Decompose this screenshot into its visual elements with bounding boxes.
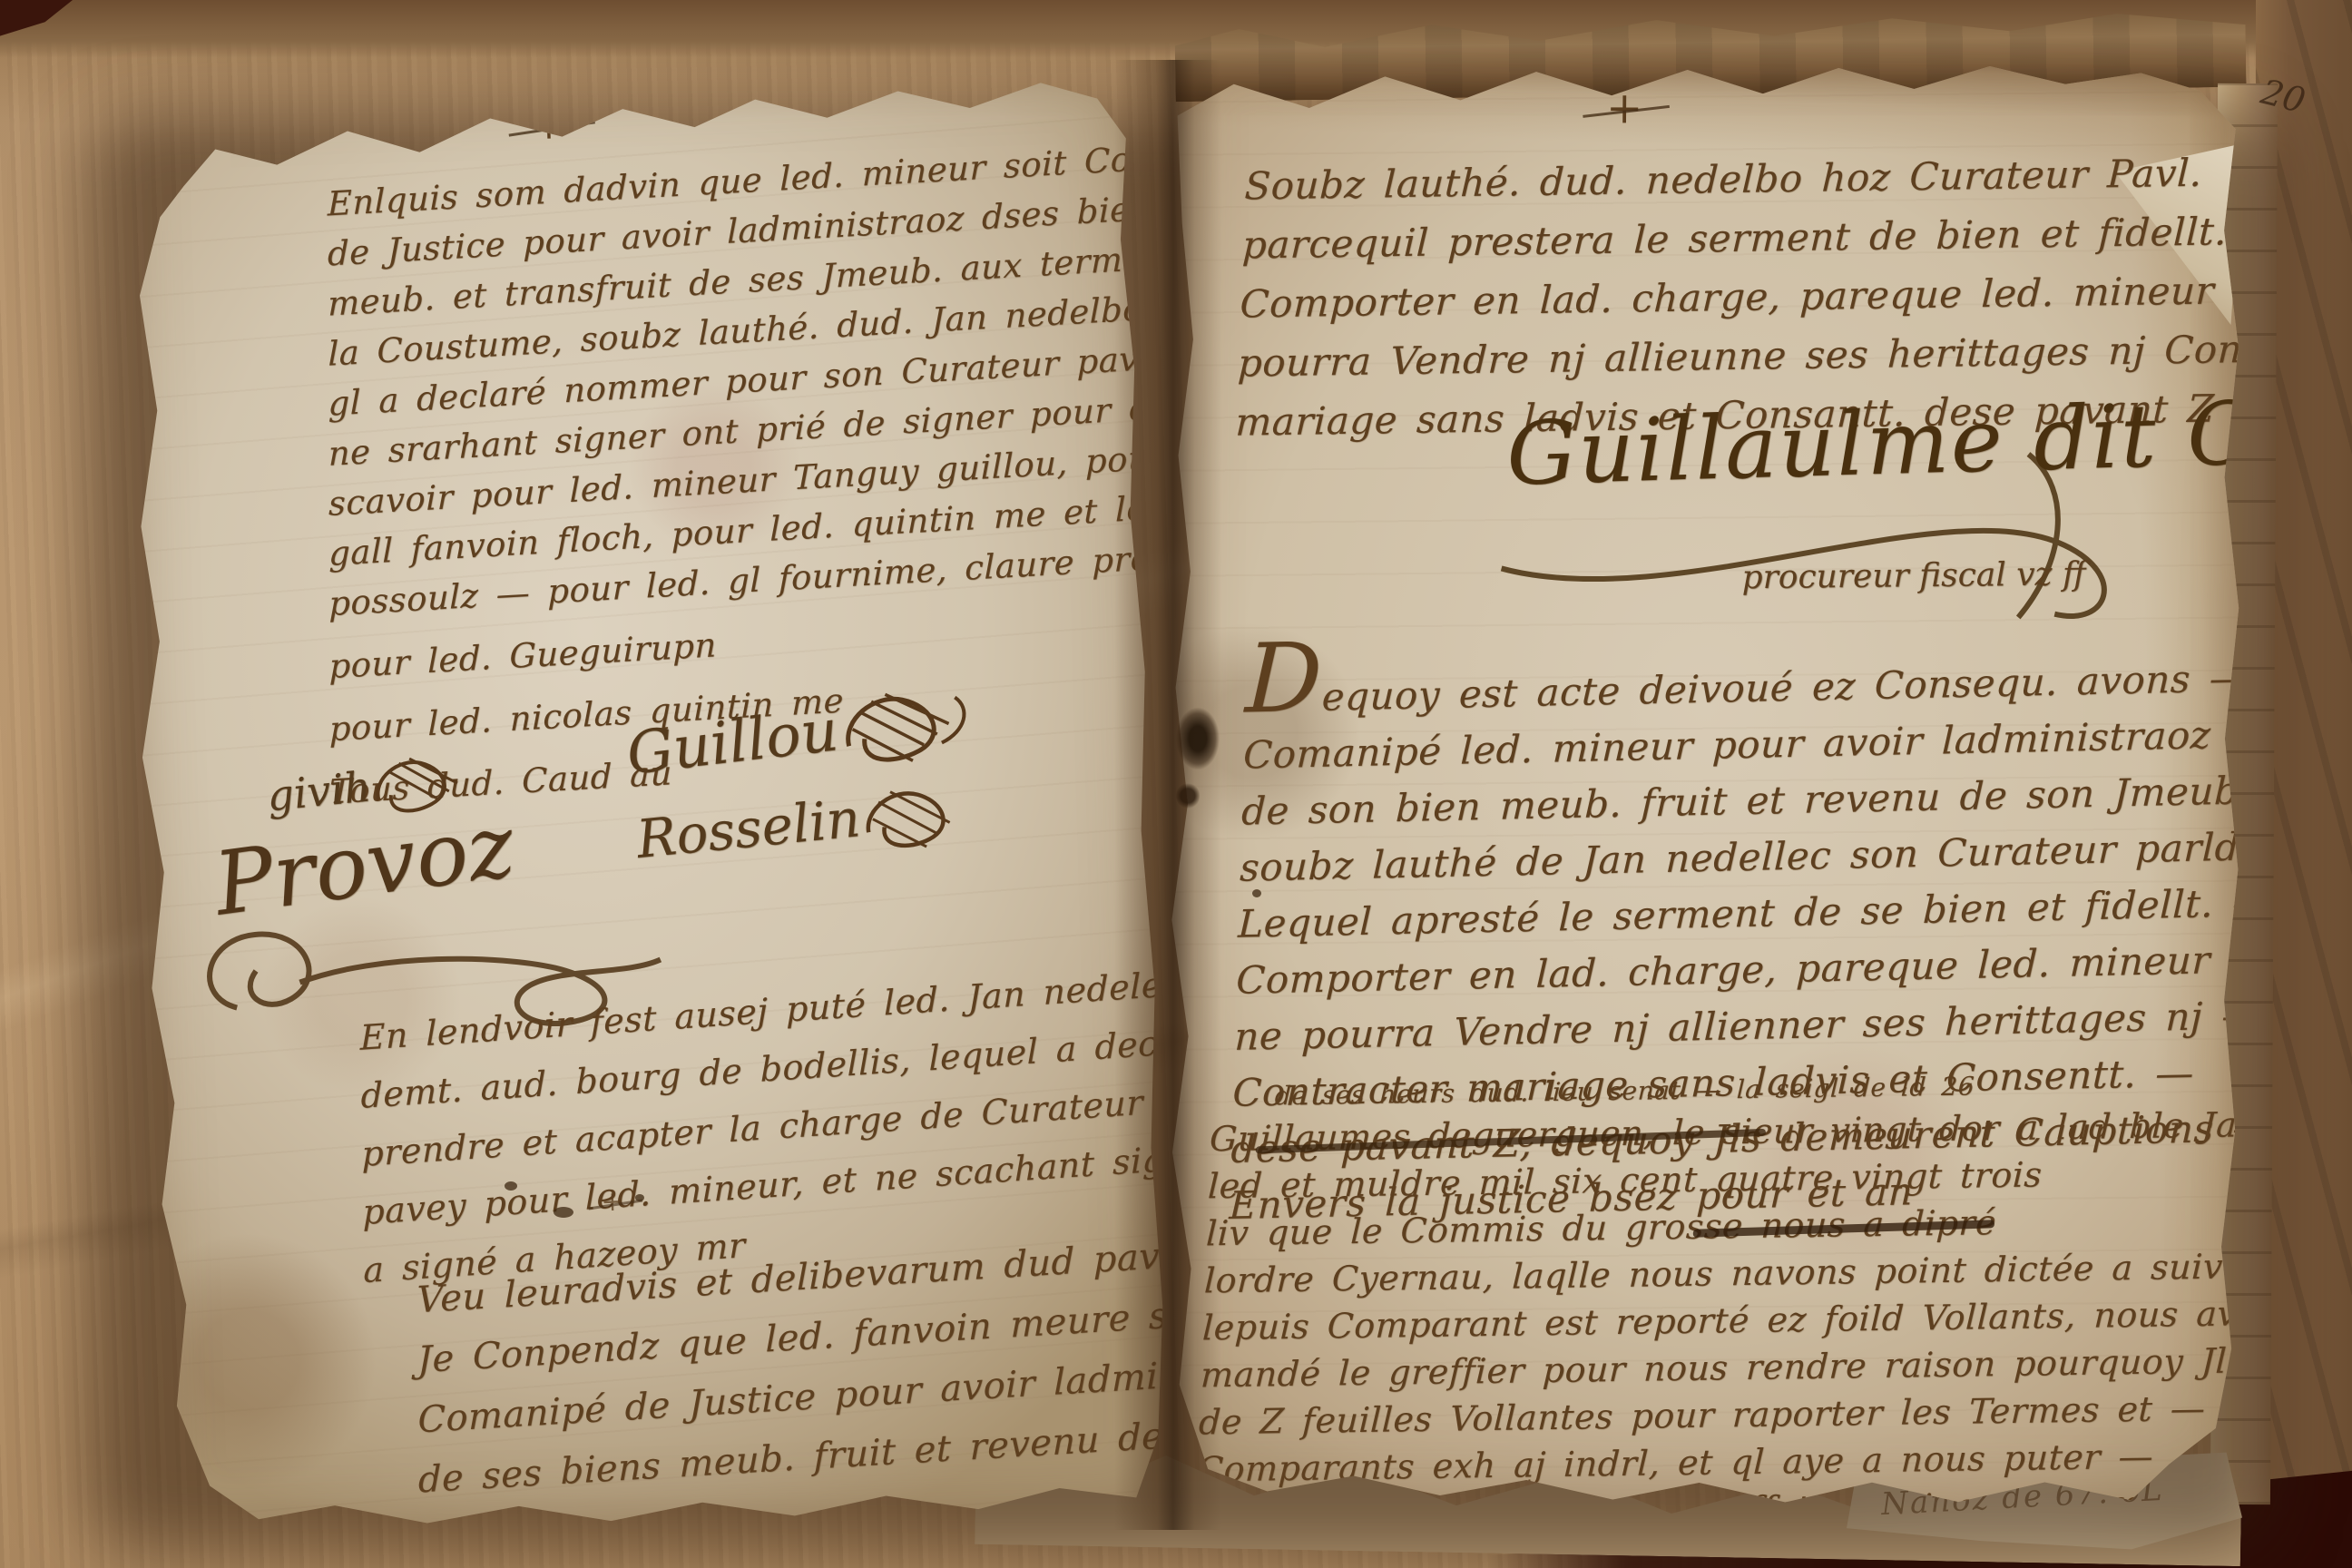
signature-text: Provoz [209, 795, 520, 936]
ink-speck [635, 1194, 644, 1201]
signature-witness-4: Provoz [209, 795, 520, 936]
right-page: + Soubz lauthé. dud. nedelbo hoz Curateu… [1159, 49, 2249, 1508]
ink-speck [505, 1181, 517, 1191]
ink-blot-small [1176, 782, 1200, 809]
ink-blot [1169, 697, 1227, 780]
signature-text: Rosselin [634, 787, 863, 870]
photograph-of-open-register: Nanoz de 67. ôL 20 + Enlquis som dadvin … [0, 0, 2352, 1568]
signature-text: givih [265, 761, 373, 820]
signature-text: Guillou [623, 697, 841, 788]
signature-subscript-text: procureur fiscal vz ff [1741, 555, 2085, 596]
left-page: + Enlquis som dadvin que led. mineur soi… [112, 66, 1172, 1537]
procureur-title: procureur fiscal vz ff [1741, 555, 2085, 596]
ink-speck [1252, 889, 1261, 897]
small-cross-mark: + [601, 1186, 624, 1219]
signature-paraph-icon [833, 676, 978, 779]
book-gutter-shadow [1114, 60, 1221, 1530]
signature-paraph-icon [857, 774, 973, 860]
ink-speck [554, 1207, 573, 1218]
